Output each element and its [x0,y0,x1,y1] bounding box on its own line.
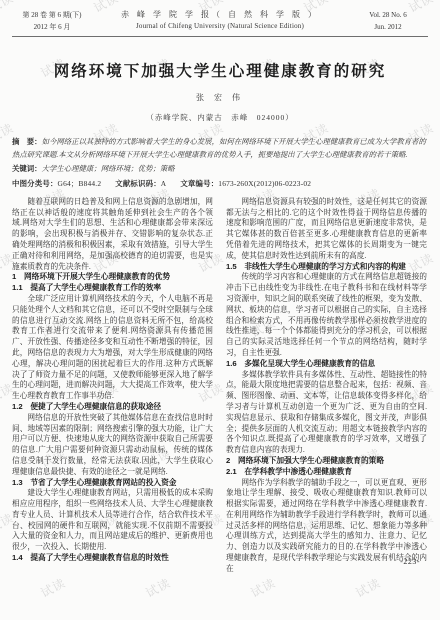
header-journal-block: 赤 峰 学 院 学 报（ 自 然 科 学 版 ） Journal of Chif… [92,8,348,33]
paragraph: 多媒体教学软件具有多媒体性、互动性、超链接性的特点，能最大限度地把需要的信息整合… [226,370,427,456]
paragraph: 传统的学习内容和心理健康的方式在网络信息超链接的冲击下已由线性变为非线性.在电子… [226,272,427,358]
section-heading: 1.1 提高了大学生心理健康教育工作的效率 [12,283,213,294]
section-heading: 1.5 非线性大学生心理健康的学习方式和内容的构建 [226,262,427,273]
clc-value: G64；B844.2 [58,179,102,188]
page-number: -223- [400,557,420,566]
section-heading: 1.3 节省了大学生心理健康教育网站的投入资金 [12,478,213,489]
body-columns: 随着互联网的日趋普及和网上信息资源的急剧增加，网络正在以神话般的速度将其触角延伸… [12,197,428,575]
keywords: 关键词：大学生心理健康；网络环境；优势；策略 [12,162,428,175]
left-column: 随着互联网的日趋普及和网上信息资源的急剧增加，网络正在以神话般的速度将其触角延伸… [12,197,213,575]
journal-name-cn: 赤 峰 学 院 学 报（ 自 然 科 学 版 ） [92,8,348,21]
paragraph: 网络信息资源具有较强的时效性，这是任何其它的资源都无法与之相比的.它的这个时效性… [226,197,427,262]
paragraph: 全球广泛应用计算机网络技术的今天，个人电脑不再是只能处理个人文档和其它信息，还可… [12,294,213,402]
watermark-text: 试读 [38,574,69,601]
section-heading: 2 网络环境下加强大学生心理健康教育的策略 [226,456,427,467]
paragraph: 随着互联网的日趋普及和网上信息资源的急剧增加，网络正在以神话般的速度将其触角延伸… [12,197,213,273]
paragraph: 网络信息的开放性突破了其他媒体信息在查找信息时时间、地域等因素的限制；网络搜索引… [12,413,213,478]
paragraph: 网络作为学科教学的辅助手段之一，可以更直观、更形象地让学生理解、接受、吸收心理健… [226,478,427,575]
header-issue-block: 第 28 卷 第 6 期(下) 2012 年 6 月 [12,8,92,33]
watermark-text: 试读 [248,574,279,601]
section-heading: 2.1 在学科教学中渗透心理健康教育 [226,467,427,478]
doc-code-value: A [161,179,167,188]
volume-number: Vol. 28 No. 6 [348,10,428,22]
doc-code-label: 文献标识码： [115,179,161,188]
author-name: 张 宏 伟 [12,92,428,103]
section-heading: 1.4 提高了大学生心理健康教育信息的时效性 [12,553,213,564]
article-id-value: 1673-260X(2012)06-0223-02 [218,179,311,188]
paper-page: 试读试读试读试读试读试读试读试读试读试读试读试读试读试读试读试读试读试读试读试读… [0,0,440,620]
watermark-text: 试读 [143,574,174,601]
section-heading: 1 网络环境下开展大学生心理健康教育的优势 [12,272,213,283]
abstract-text: 如今网络正以其独特的方式影响着大学生的身心发展，如何在网络环境下开展大学生心理健… [12,137,426,159]
issue-number: 第 28 卷 第 6 期(下) [12,10,92,22]
journal-name-en: Journal of Chifeng University (Natural S… [92,21,348,33]
abstract: 摘 要：如今网络正以其独特的方式影响着大学生的身心发展，如何在网络环境下开展大学… [12,135,428,161]
clc-label: 中图分类号： [12,179,58,188]
paragraph: 建设大学生心理健康教育网站，只需用极低的成本采购相应应用程序，组织一些网络技术人… [12,488,213,553]
keywords-label: 关键词： [12,164,42,173]
author-affiliation: （赤峰学院、内蒙古 赤峰 024000） [12,112,428,123]
volume-date: Jun. 2012 [348,22,428,34]
article-title: 网络环境下加强大学生心理健康教育的研究 [12,59,428,81]
section-heading: 1.2 便捷了大学生心理健康信息的获取途径 [12,402,213,413]
abstract-block: 摘 要：如今网络正以其独特的方式影响着大学生的身心发展，如何在网络环境下开展大学… [12,135,428,190]
header-volume-block: Vol. 28 No. 6 Jun. 2012 [348,8,428,33]
section-heading: 1.6 多媒化呈现大学生心理健康教育的信息 [226,359,427,370]
keywords-text: 大学生心理健康；网络环境；优势；策略 [42,164,175,173]
article-id-label: 文章编号： [180,179,218,188]
right-column: 网络信息资源具有较强的时效性，这是任何其它的资源都无法与之相比的.它的这个时效性… [226,197,427,575]
article-meta: 中图分类号：G64；B844.2文献标识码：A文章编号：1673-260X(20… [12,177,428,190]
watermark-text: 试读 [353,574,384,601]
issue-date: 2012 年 6 月 [12,22,92,34]
page-content: 第 28 卷 第 6 期(下) 2012 年 6 月 赤 峰 学 院 学 报（ … [0,0,440,575]
abstract-label: 摘 要： [12,137,42,146]
header-divider [12,36,428,37]
journal-header: 第 28 卷 第 6 期(下) 2012 年 6 月 赤 峰 学 院 学 报（ … [12,8,428,33]
